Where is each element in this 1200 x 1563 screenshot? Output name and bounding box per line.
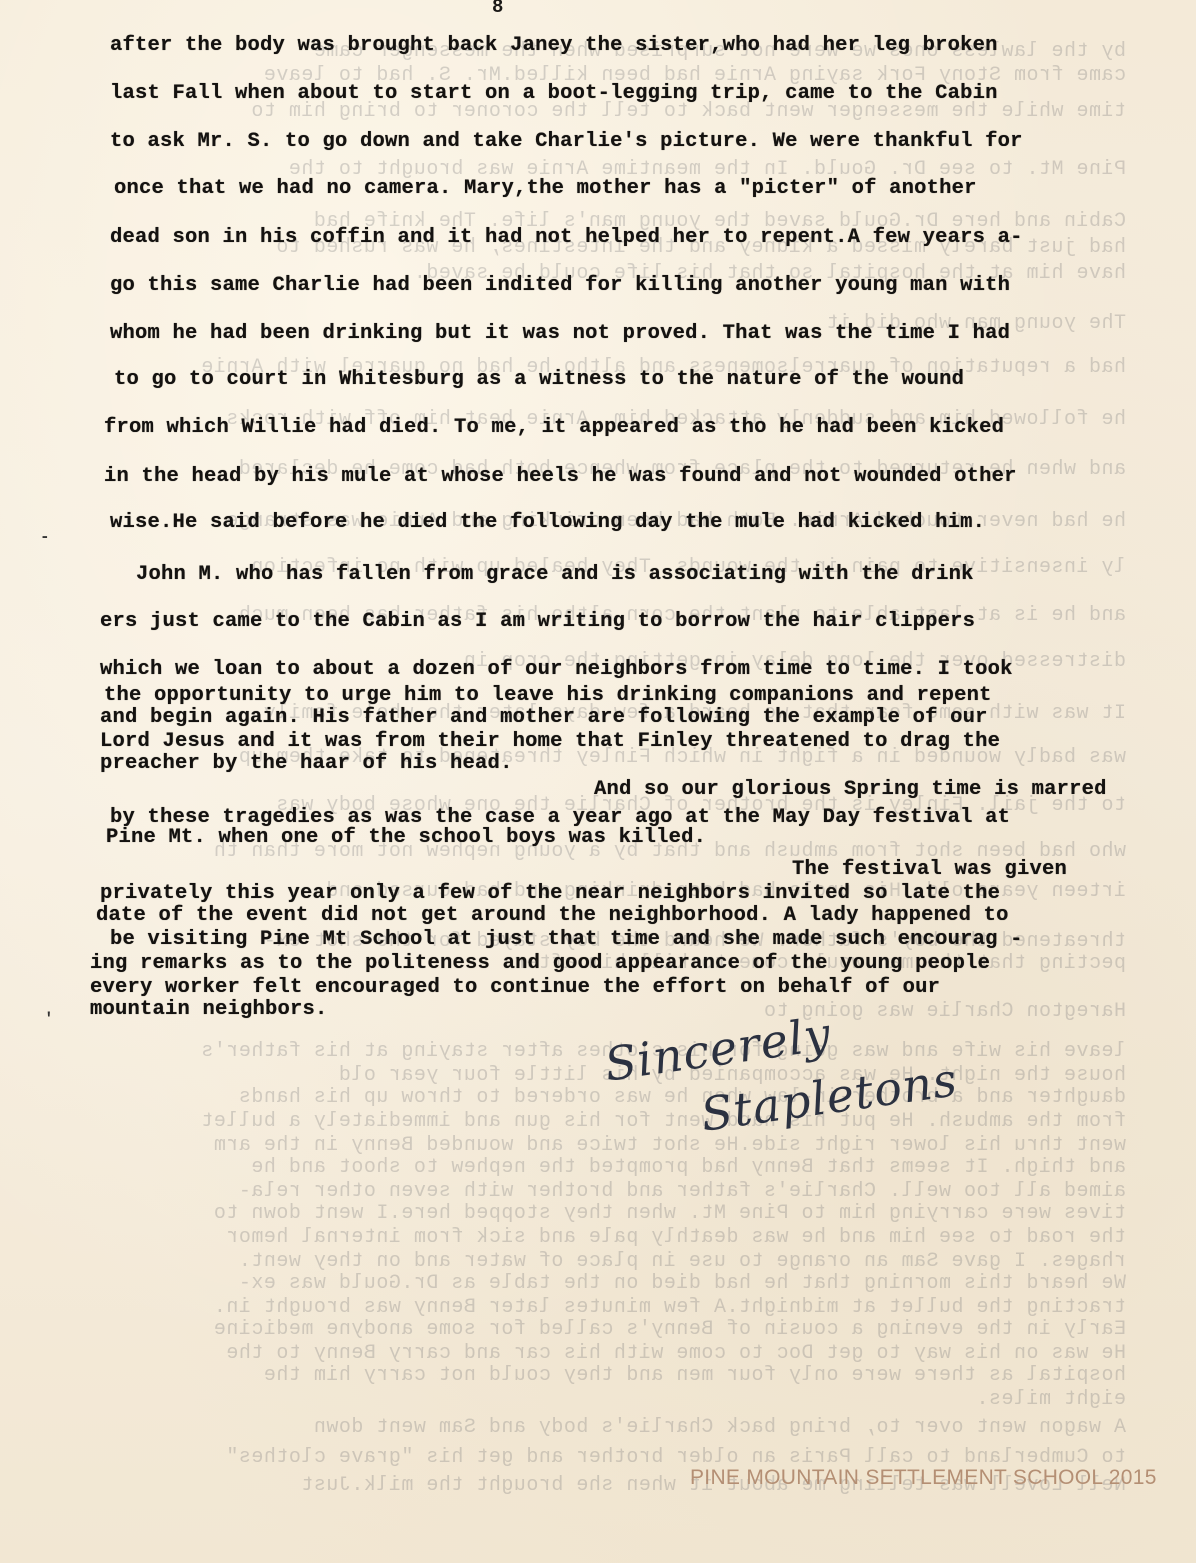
text-line: which we loan to about a dozen of our ne…	[100, 658, 1013, 681]
text-line: date of the event did not get around the…	[96, 904, 1009, 927]
text-line: to ask Mr. S. to go down and take Charli…	[110, 130, 1023, 153]
margin-dash: -	[40, 528, 50, 546]
text-line: every worker felt encouraged to continue…	[90, 976, 940, 999]
text-line: ers just came to the Cabin as I am writi…	[100, 610, 975, 633]
text-line: ing remarks as to the politeness and goo…	[90, 952, 990, 975]
text-line: And so our glorious Spring time is marre…	[594, 778, 1107, 801]
text-line: once that we had no camera. Mary,the mot…	[114, 177, 977, 200]
text-line: last Fall when about to start on a boot-…	[110, 82, 998, 105]
text-line: The festival was given	[792, 858, 1067, 881]
text-line: Pine Mt. when one of the school boys was…	[106, 826, 706, 849]
text-line: Lord Jesus and it was from their home th…	[100, 730, 1000, 753]
text-line: privately this year only a few of the ne…	[100, 882, 1000, 905]
text-line: dead son in his coffin and it had not he…	[110, 226, 1023, 249]
text-line: in the head by his mule at whose heels h…	[104, 465, 1017, 488]
margin-tick: '	[44, 1010, 54, 1028]
page-number: 8	[492, 0, 504, 18]
text-line: be visiting Pine Mt School at just that …	[110, 928, 1023, 951]
text-line: wise.He said before he died the followin…	[110, 511, 985, 534]
text-line: from which Willie had died. To me, it ap…	[104, 416, 1004, 439]
text-line: after the body was brought back Janey th…	[110, 34, 998, 57]
text-line: mountain neighbors.	[90, 998, 328, 1021]
text-line: preacher by the haar of his head.	[100, 752, 513, 775]
text-line: John M. who has fallen from grace and is…	[136, 563, 974, 586]
text-line: go this same Charlie had been indited fo…	[110, 274, 1010, 297]
text-line: and begin again. His father and mother a…	[100, 706, 988, 729]
archive-watermark: PINE MOUNTAIN SETTLEMENT SCHOOL 2015	[690, 1466, 1157, 1490]
text-line: the opportunity to urge him to leave his…	[104, 684, 992, 707]
text-line: to go to court in Whitesburg as a witnes…	[114, 368, 964, 391]
text-line: whom he had been drinking but it was not…	[110, 322, 1010, 345]
typed-letter-page: 8 after the body was brought back Janey …	[0, 0, 1196, 1563]
